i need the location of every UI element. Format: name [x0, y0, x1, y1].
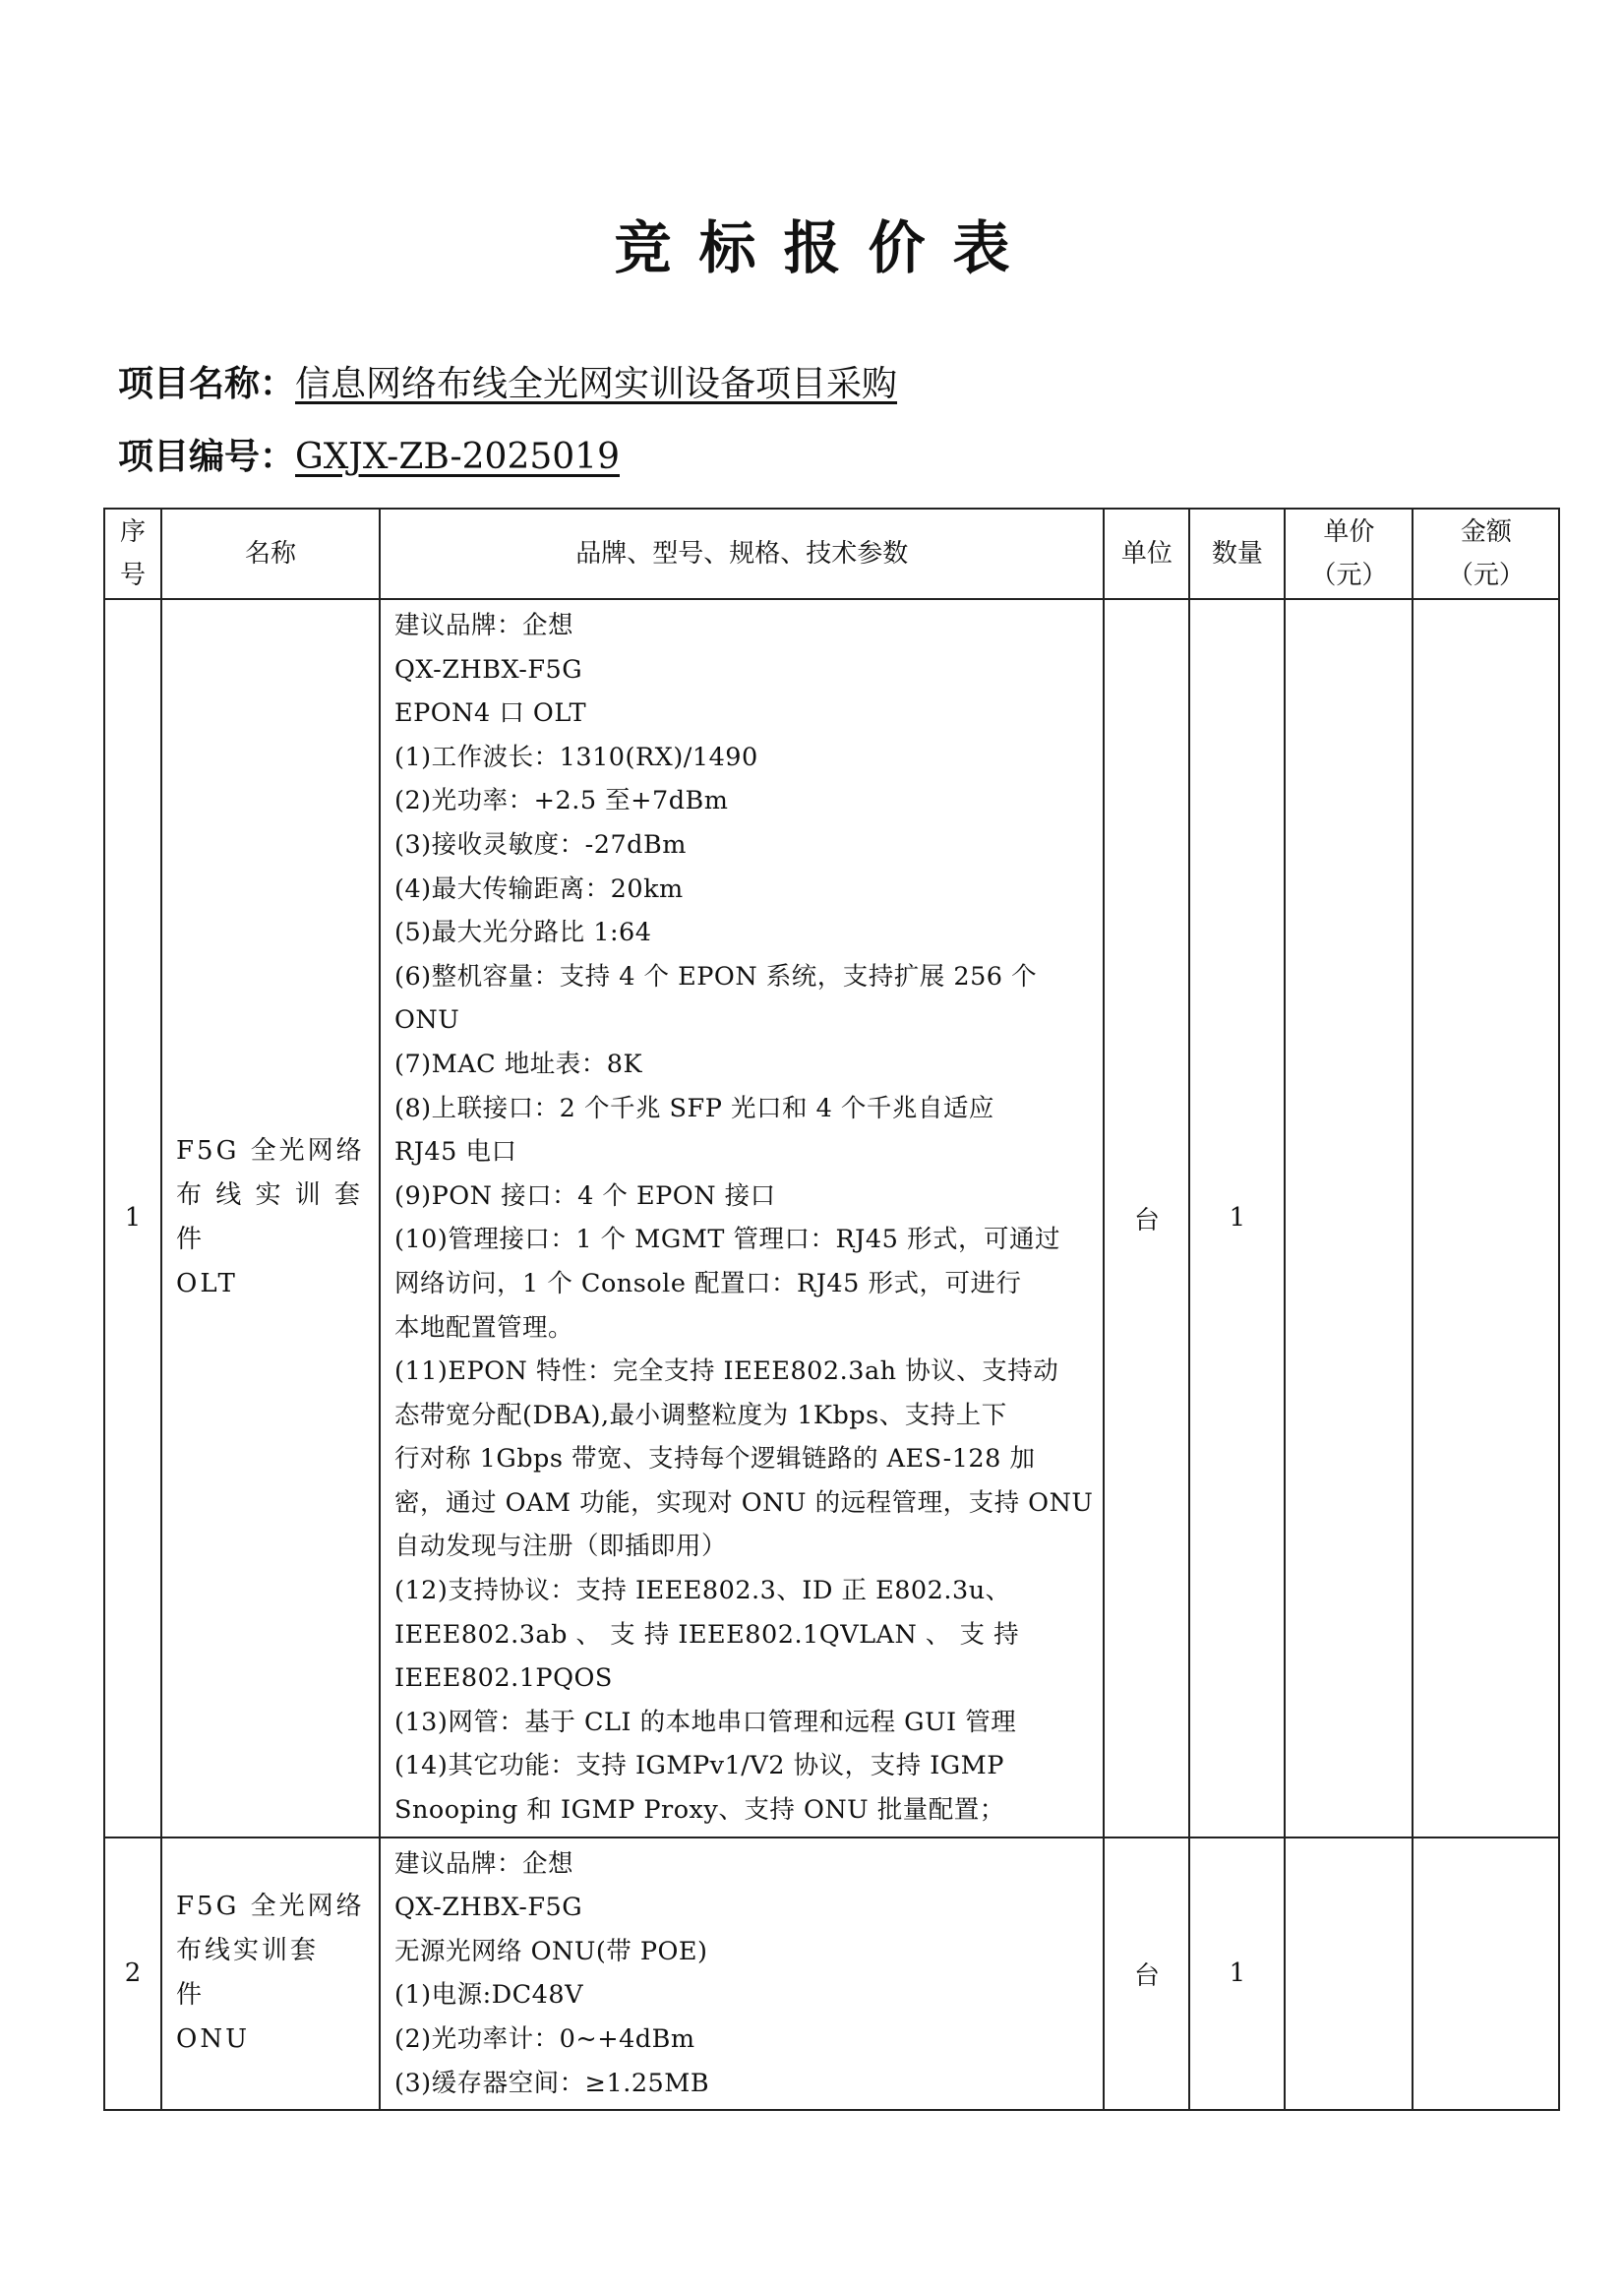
- row-no: 1: [104, 599, 161, 1837]
- project-name-label: 项目名称：: [118, 363, 295, 404]
- row-spec: 建议品牌：企想 QX-ZHBX-F5G EPON4 口 OLT (1)工作波长：…: [380, 599, 1104, 1837]
- row-price: [1285, 1837, 1413, 2111]
- header-no: 序 号: [104, 509, 161, 599]
- header-price: 单价 （元）: [1285, 509, 1413, 599]
- row-price: [1285, 599, 1413, 1837]
- row-name: F5G 全光网络 布 线 实 训 套 件 OLT: [161, 599, 380, 1837]
- header-amount: 金额 （元）: [1413, 509, 1559, 599]
- row-amount: [1413, 1837, 1559, 2111]
- table-row: 1 F5G 全光网络 布 线 实 训 套 件 OLT 建议品牌：企想 QX-ZH…: [104, 599, 1559, 1837]
- quotation-table: 序 号 名称 品牌、型号、规格、技术参数 单位 数量 单价 （元） 金额 （元）…: [103, 508, 1560, 2111]
- table-row: 2 F5G 全光网络 布线实训套 件 ONU 建议品牌：企想 QX-ZHBX-F…: [104, 1837, 1559, 2111]
- project-code-value: GXJX-ZB-2025019: [295, 437, 620, 477]
- row-unit: 台: [1104, 1837, 1189, 2111]
- project-name-line: 项目名称：信息网络布线全光网实训设备项目采购: [118, 356, 897, 406]
- row-spec: 建议品牌：企想 QX-ZHBX-F5G 无源光网络 ONU(带 POE) (1)…: [380, 1837, 1104, 2111]
- row-amount: [1413, 599, 1559, 1837]
- header-spec: 品牌、型号、规格、技术参数: [380, 509, 1104, 599]
- project-code-label: 项目编号：: [118, 436, 295, 477]
- page-title: 竞标报价表: [0, 202, 1624, 284]
- row-no: 2: [104, 1837, 161, 2111]
- project-code-line: 项目编号：GXJX-ZB-2025019: [118, 429, 620, 479]
- row-qty: 1: [1189, 1837, 1285, 2111]
- row-unit: 台: [1104, 599, 1189, 1837]
- row-qty: 1: [1189, 599, 1285, 1837]
- table-header-row: 序 号 名称 品牌、型号、规格、技术参数 单位 数量 单价 （元） 金额 （元）: [104, 509, 1559, 599]
- project-name-value: 信息网络布线全光网实训设备项目采购: [295, 364, 897, 404]
- header-unit: 单位: [1104, 509, 1189, 599]
- header-qty: 数量: [1189, 509, 1285, 599]
- row-name: F5G 全光网络 布线实训套 件 ONU: [161, 1837, 380, 2111]
- header-name: 名称: [161, 509, 380, 599]
